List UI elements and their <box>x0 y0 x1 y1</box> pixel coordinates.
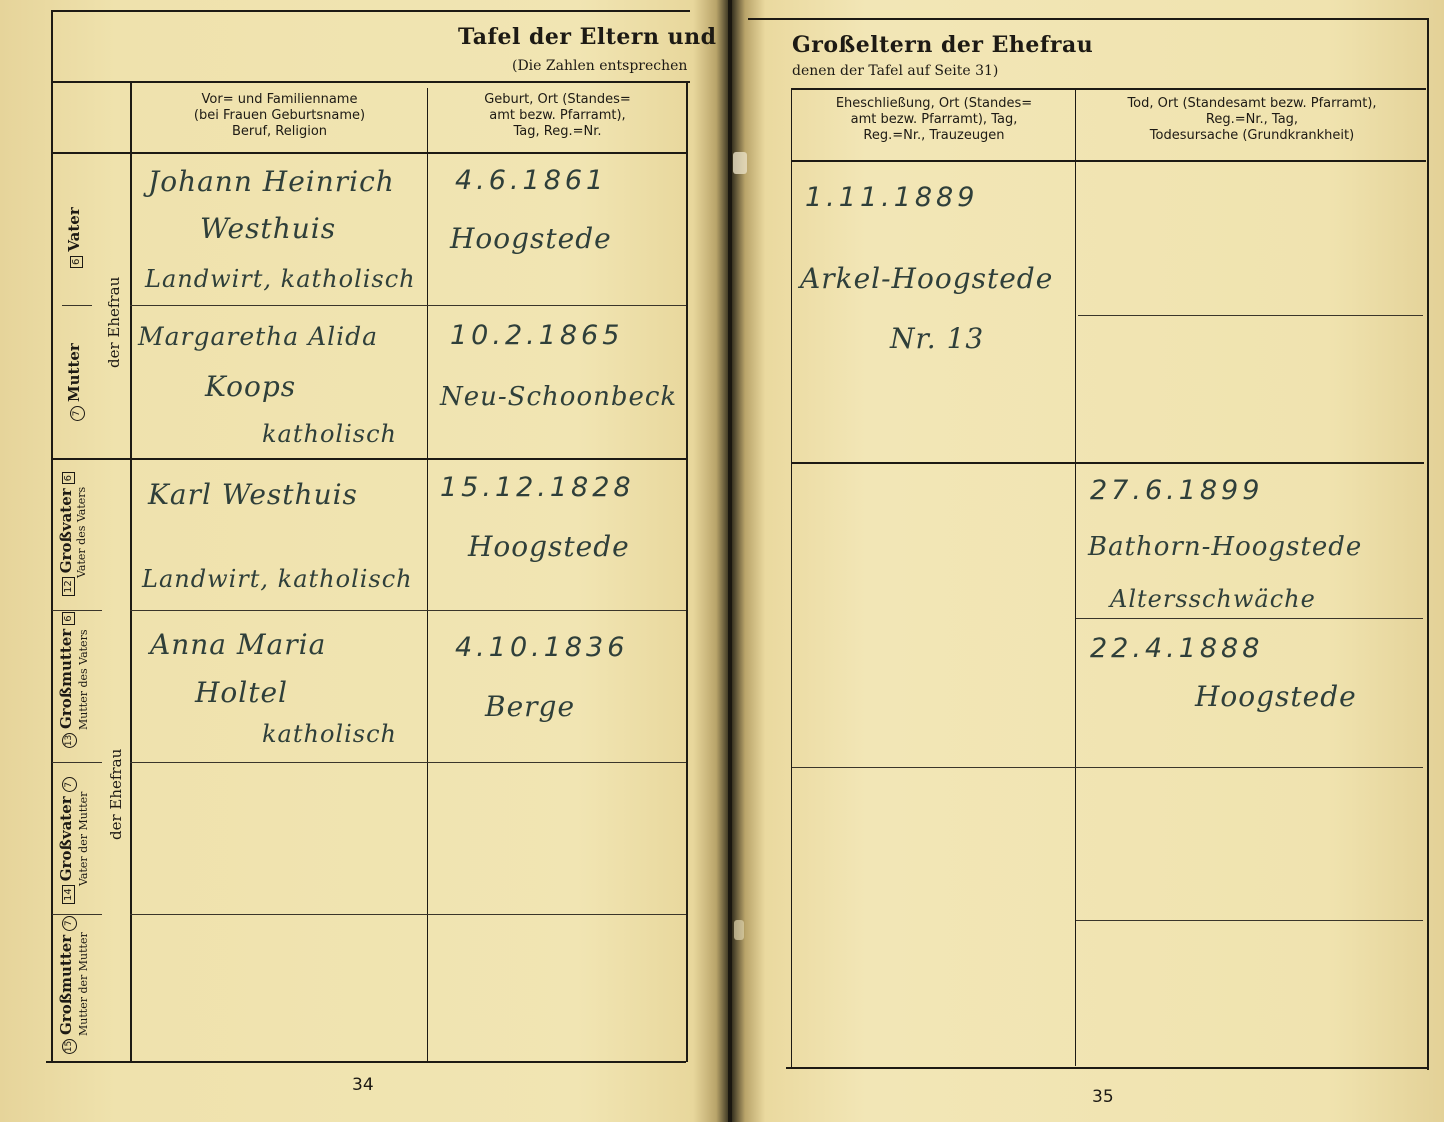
side-label-mutter: 7Mutter <box>64 343 85 425</box>
table-border-right <box>1427 18 1429 1070</box>
page-number-right: 35 <box>1092 1087 1114 1107</box>
column-header-birth: Geburt, Ort (Standes= amt bezw. Pfarramt… <box>429 92 686 140</box>
entry-birth-place: Hoogstede <box>450 222 612 255</box>
column-divider <box>427 88 428 1062</box>
entry-birth-place: Hoogstede <box>468 530 630 563</box>
table-border-bottom <box>786 1067 1428 1069</box>
death-place: Hoogstede <box>1195 680 1357 713</box>
row-divider <box>130 610 686 611</box>
entry-birth-date: 15.12.1828 <box>440 472 635 503</box>
entry-name: Karl Westhuis <box>148 478 358 511</box>
page-number-left: 34 <box>352 1075 374 1095</box>
header-row-bottom <box>52 152 688 154</box>
table-border-bottom <box>46 1061 686 1063</box>
death-place: Bathorn-Hoogstede <box>1088 532 1362 562</box>
marriage-date: 1.11.1889 <box>805 182 978 213</box>
entry-name: Margaretha Alida <box>138 322 378 351</box>
entry-birth-place: Neu-Schoonbeck <box>440 382 677 412</box>
side-label-group-grandparents: der Ehefrau <box>106 749 125 840</box>
entry-name: Johann Heinrich <box>148 165 395 198</box>
column-header-marriage: Eheschließung, Ort (Standes= amt bezw. P… <box>793 96 1075 144</box>
death-date: 22.4.1888 <box>1090 633 1263 664</box>
entry-birth-date: 4.6.1861 <box>455 165 607 196</box>
entry-surname: Westhuis <box>200 212 336 245</box>
table-border-left <box>791 88 792 1068</box>
entry-birth-date: 10.2.1865 <box>450 320 623 351</box>
marriage-place: Arkel-Hoogstede <box>800 262 1053 295</box>
side-label-grossmutter-mv: 13Großmutter6 Mutter des Vaters <box>56 608 90 752</box>
row-divider-group <box>792 462 1424 464</box>
column-header-name: Vor= und Familienname (bei Frauen Geburt… <box>132 92 427 140</box>
header-divider <box>52 81 690 83</box>
death-cause: Altersschwäche <box>1110 585 1316 613</box>
row-divider <box>1076 920 1423 921</box>
entry-religion: katholisch <box>262 720 397 748</box>
page-title-left: Tafel der Eltern und <box>458 24 717 50</box>
entry-religion: katholisch <box>262 420 397 448</box>
marriage-reg-number: Nr. 13 <box>890 322 984 355</box>
side-label-vater: 6Vater <box>64 207 83 272</box>
header-row-bottom <box>792 160 1426 162</box>
entry-occupation: Landwirt, katholisch <box>142 565 413 593</box>
table-border-right <box>686 82 688 1062</box>
row-divider <box>130 762 686 763</box>
table-border-top <box>52 10 690 12</box>
entry-surname: Koops <box>205 370 296 403</box>
side-label-grossvater-vv: 12Großvater6 Vater des Vaters <box>56 468 88 600</box>
row-divider <box>130 914 686 915</box>
column-header-death: Tod, Ort (Standesamt bezw. Pfarramt), Re… <box>1077 96 1427 144</box>
side-divider <box>52 762 102 763</box>
spine-tear <box>733 152 747 174</box>
side-divider <box>62 305 92 306</box>
row-divider <box>1078 315 1423 316</box>
entry-occupation: Landwirt, katholisch <box>145 265 416 293</box>
row-divider <box>792 767 1423 768</box>
side-label-grossvater-vm: 14Großvater7 Vater der Mutter <box>56 773 90 908</box>
row-divider <box>1076 618 1423 619</box>
table-border-left <box>51 10 53 1063</box>
header-row-top <box>792 88 1426 90</box>
side-label-grossmutter-mm: 15Großmutter7 Mutter der Mutter <box>56 912 90 1058</box>
table-border-top <box>748 18 1428 20</box>
page-subtitle-left: (Die Zahlen entsprechen <box>512 58 687 74</box>
side-label-group-parents: der Ehefrau <box>104 277 123 368</box>
row-divider <box>130 305 686 306</box>
death-date: 27.6.1899 <box>1090 475 1263 506</box>
page-title-right: Großeltern der Ehefrau <box>792 32 1093 58</box>
entry-birth-date: 4.10.1836 <box>455 632 628 663</box>
entry-name: Anna Maria <box>150 628 326 661</box>
row-divider-group <box>52 458 686 460</box>
entry-birth-place: Berge <box>485 690 575 723</box>
side-column-divider <box>130 82 132 1062</box>
book-spine <box>728 0 732 1122</box>
spine-tear <box>734 920 744 940</box>
entry-surname: Holtel <box>195 676 288 709</box>
page-subtitle-right: denen der Tafel auf Seite 31) <box>792 63 998 79</box>
